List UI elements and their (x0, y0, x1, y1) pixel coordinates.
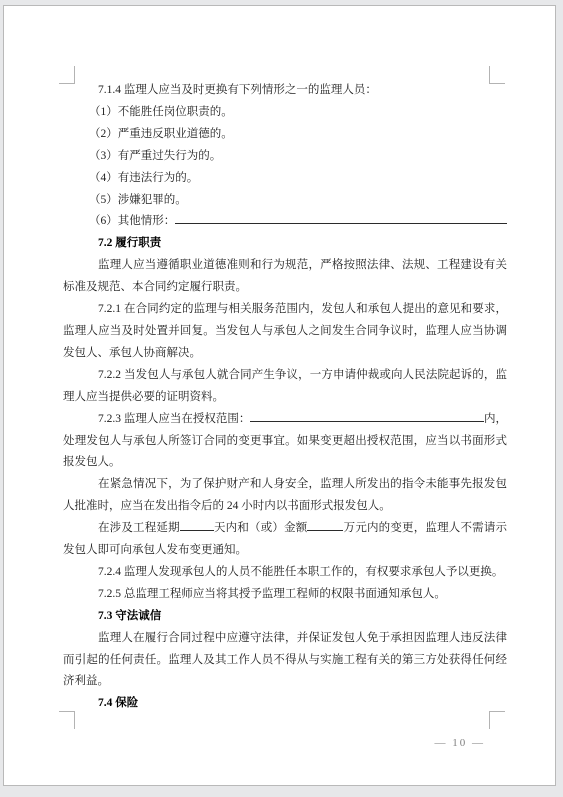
text-run: 7.2.4 监理人发现承包人的人员不能胜任本职工作的，有权要求承包人予以更换。 (98, 566, 503, 578)
fill-in-blank[interactable] (250, 421, 484, 422)
document-page: 7.1.4 监理人应当及时更换有下列情形之一的监理人员：（1）不能胜任岗位职责的… (3, 5, 556, 786)
desk-background: { "colors": { "desk_background": "#e7e8e… (0, 0, 563, 797)
text-run: 7.2.1 在合同约定的监理与相关服务范围内，发包人和承包人提出的意见和要求，监… (63, 303, 507, 359)
text-run: 7.2 履行职责 (98, 237, 161, 249)
text-run: 内， (484, 409, 507, 431)
text-run: 监理人在履行合同过程中应遵守法律，并保证发包人免于承担因监理人违反法律而引起的任… (63, 632, 507, 688)
text-run: （5）涉嫌犯罪的。 (89, 194, 187, 206)
paragraph: 7.2.3 监理人应当在授权范围：内， (63, 409, 507, 431)
section-heading: 7.2 履行职责 (63, 233, 507, 255)
paragraph: 监理人在履行合同过程中应遵守法律，并保证发包人免于承担因监理人违反法律而引起的任… (63, 628, 507, 694)
text-run: （4）有违法行为的。 (89, 172, 198, 184)
text-run: 7.2.2 当发包人与承包人就合同产生争议，一方申请仲裁或向人民法院起诉的，监理… (63, 369, 507, 403)
paragraph: （3）有严重过失行为的。 (63, 146, 507, 168)
fill-in-blank[interactable] (180, 529, 214, 531)
paragraph: （4）有违法行为的。 (63, 168, 507, 190)
paragraph: 监理人应当遵循职业道德准则和行为规范，严格按照法律、法规、工程建设有关标准及规范… (63, 255, 507, 299)
text-run: 7.3 守法诚信 (98, 610, 161, 622)
paragraph: （2）严重违反职业道德的。 (63, 124, 507, 146)
fill-in-blank[interactable] (175, 223, 507, 224)
text-run: （6）其他情形： (89, 211, 175, 233)
paragraph: 7.2.2 当发包人与承包人就合同产生争议，一方申请仲裁或向人民法院起诉的，监理… (63, 365, 507, 409)
paragraph: 7.2.1 在合同约定的监理与相关服务范围内，发包人和承包人提出的意见和要求，监… (63, 299, 507, 365)
text-run: 监理人应当遵循职业道德准则和行为规范，严格按照法律、法规、工程建设有关标准及规范… (63, 259, 507, 293)
paragraph: （5）涉嫌犯罪的。 (63, 190, 507, 212)
text-run: 处理发包人与承包人所签订合同的变更事宜。如果变更超出授权范围，应当以书面形式报发… (63, 435, 507, 469)
text-run: 在涉及工程延期 (98, 522, 180, 534)
paragraph: 在涉及工程延期天内和（或）金额万元内的变更，监理人不需请示发包人即可向承包人发布… (63, 518, 507, 562)
paragraph: （6）其他情形： (63, 211, 507, 233)
paragraph: 7.1.4 监理人应当及时更换有下列情形之一的监理人员： (63, 80, 507, 102)
text-run: 7.2.5 总监理工程师应当将其授予监理工程师的权限书面通知承包人。 (98, 588, 446, 600)
paragraph: 在紧急情况下，为了保护财产和人身安全，监理人所发出的指令未能事先报发包人批准时，… (63, 474, 507, 518)
section-heading: 7.3 守法诚信 (63, 606, 507, 628)
text-run: （2）严重违反职业道德的。 (89, 128, 233, 140)
paragraph: （1）不能胜任岗位职责的。 (63, 102, 507, 124)
text-run: （1）不能胜任岗位职责的。 (89, 106, 233, 118)
paragraph: 7.2.5 总监理工程师应当将其授予监理工程师的权限书面通知承包人。 (63, 584, 507, 606)
text-run: 7.1.4 监理人应当及时更换有下列情形之一的监理人员： (98, 84, 377, 96)
text-run: 天内和（或）金额 (214, 522, 308, 534)
paragraph: 处理发包人与承包人所签订合同的变更事宜。如果变更超出授权范围，应当以书面形式报发… (63, 431, 507, 475)
section-heading: 7.4 保险 (63, 693, 507, 715)
text-run: 在紧急情况下，为了保护财产和人身安全，监理人所发出的指令未能事先报发包人批准时，… (63, 478, 507, 512)
text-run: 7.2.3 监理人应当在授权范围： (98, 409, 250, 431)
text-run: （3）有严重过失行为的。 (89, 150, 221, 162)
page-number: — 10 — (435, 735, 486, 751)
text-run: 7.4 保险 (98, 697, 138, 709)
paragraph: 7.2.4 监理人发现承包人的人员不能胜任本职工作的，有权要求承包人予以更换。 (63, 562, 507, 584)
document-content: 7.1.4 监理人应当及时更换有下列情形之一的监理人员：（1）不能胜任岗位职责的… (63, 80, 507, 715)
fill-in-blank[interactable] (307, 529, 343, 531)
